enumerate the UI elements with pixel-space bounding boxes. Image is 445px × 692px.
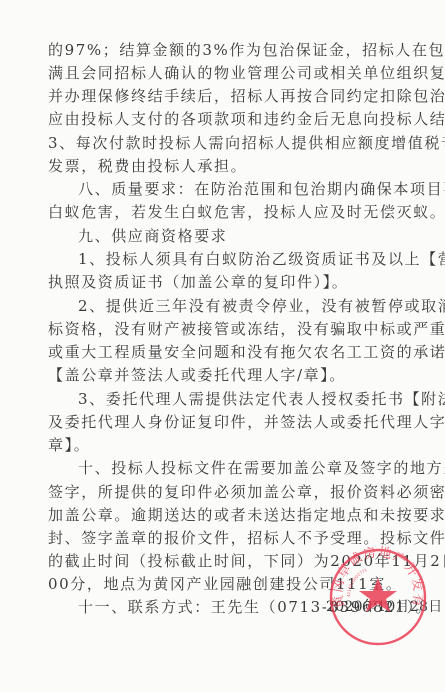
text-line: 3、委托代理人需提供法定代表人授权委托书【附法人 [78, 389, 403, 409]
text-line: 章】。 [48, 435, 403, 455]
text-line: 1、投标人须具有白蚁防治乙级资质证书及以上【营业 [78, 249, 403, 269]
text-line: 或重大工程质量安全问题和没有拖欠农名工工资的承诺书 [48, 342, 403, 362]
text-line: 及委托代理人身份证复印件，并签法人或委托代理人字/ [48, 412, 403, 432]
text-line: 3、每次付款时投标人需向招标人提供相应额度增值税专用 [48, 133, 403, 153]
text-line: 满且会同招标人确认的物业管理公司或相关单位组织复检 [48, 63, 403, 83]
text-line: 标资格，没有财产被接管或冻结，没有骗取中标或严重违约 [48, 319, 403, 339]
text-line: 2、提供近三年没有被责令停业，没有被暂停或取消投 [78, 296, 403, 316]
text-line: 的97%；结算金额的3%作为包治保证金，招标人在包治期届 [48, 40, 403, 60]
text-line: 【盖公章并签法人或委托代理人字/章】。 [48, 365, 403, 385]
section-heading-quality: 八、质量要求：在防治范围和包治期内确保本项目不受 [78, 179, 403, 199]
text-line: 白蚁危害，若发生白蚁危害，投标人应及时无偿灭蚁。 [48, 202, 403, 222]
section-heading-bid-docs: 十、投标人投标文件在需要加盖公章及签字的地方盖章 [78, 458, 403, 478]
company-seal-stamp: 黄冈卓诚房地产开发有限公司 4211020002771 [328, 545, 428, 649]
text-line: 执照及资质证书（加盖公章的复印件）】。 [48, 272, 403, 292]
document-page: 的97%；结算金额的3%作为包治保证金，招标人在包治期届 满且会同招标人确认的物… [0, 0, 445, 692]
text-line: 加盖公章。逾期送达的或者未送达指定地点和未按要求密 [48, 505, 403, 525]
section-heading-qualification: 九、供应商资格要求 [78, 226, 403, 246]
text-line: 签字，所提供的复印件必须加盖公章，报价资料必须密封且 [48, 482, 403, 502]
text-line: 应由投标人支付的各项款项和违约金后无息向投标人结清。 [48, 109, 403, 129]
text-line: 发票，税费由投标人承担。 [48, 156, 403, 176]
text-line: 并办理保修终结手续后，招标人再按合同约定扣除包治期间 [48, 86, 403, 106]
star-icon [359, 578, 397, 612]
